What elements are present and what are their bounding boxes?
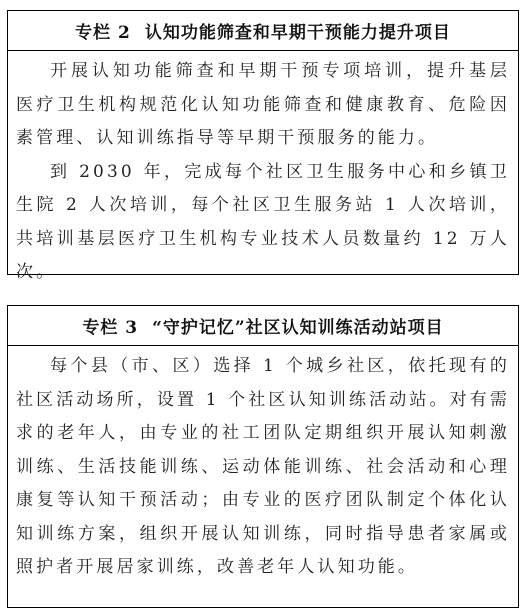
box-body: 开展认知功能筛查和早期干预专项培训，提升基层医疗卫生机构规范化认知功能筛查和健康…	[8, 51, 518, 290]
column-box-3: 专栏 3 “守护记忆”社区认知训练活动站项目 每个县（市、区）选择 1 个城乡社…	[7, 305, 519, 608]
box-title: 专栏 3 “守护记忆”社区认知训练活动站项目	[8, 306, 518, 346]
column-box-2: 专栏 2 认知功能筛查和早期干预能力提升项目 开展认知功能筛查和早期干预专项培训…	[7, 10, 519, 275]
box-title-prefix: 专栏 2	[75, 18, 131, 43]
paragraph: 到 2030 年，完成每个社区卫生服务中心和乡镇卫生院 2 人次培训，每个社区卫…	[16, 156, 510, 290]
box-title-text: “守护记忆”社区认知训练活动站项目	[152, 313, 444, 338]
box-title-text: 认知功能筛查和早期干预能力提升项目	[145, 18, 451, 43]
box-title: 专栏 2 认知功能筛查和早期干预能力提升项目	[8, 11, 518, 51]
box-body: 每个县（市、区）选择 1 个城乡社区，依托现有的社区活动场所，设置 1 个社区认…	[8, 346, 518, 585]
box-title-prefix: 专栏 3	[82, 313, 138, 338]
paragraph: 开展认知功能筛查和早期干预专项培训，提升基层医疗卫生机构规范化认知功能筛查和健康…	[16, 55, 510, 156]
paragraph: 每个县（市、区）选择 1 个城乡社区，依托现有的社区活动场所，设置 1 个社区认…	[16, 350, 510, 585]
